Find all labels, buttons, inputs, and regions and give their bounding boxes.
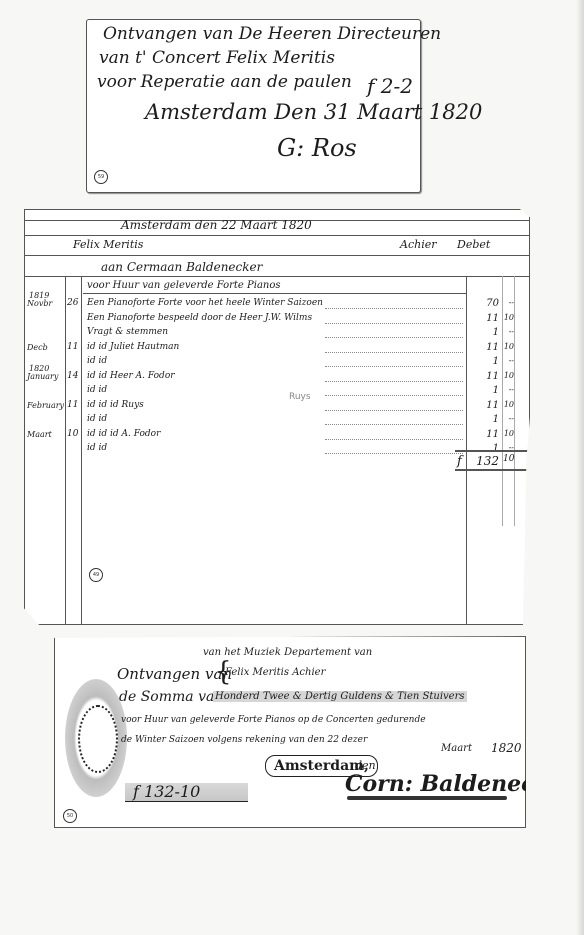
entry-month: Maart: [27, 430, 52, 439]
end-column-rule: [514, 276, 515, 526]
purpose-line: voor Huur van geleverde Forte Pianos op …: [121, 715, 426, 725]
leader-dots: [325, 323, 463, 324]
leader-dots: [325, 366, 463, 367]
leader-dots: [325, 439, 463, 440]
receipt-line: van t' Concert Felix Meritis: [99, 48, 335, 68]
entry-stuivers: 10: [503, 429, 514, 438]
account-type: Achier: [400, 238, 436, 251]
account-place-date: Amsterdam den 22 Maart 1820: [121, 218, 312, 232]
entry-stuivers: --: [503, 414, 514, 423]
page-number-stamp: 49: [89, 568, 103, 582]
leader-dots: [325, 453, 463, 454]
page-number-stamp: 59: [94, 170, 108, 184]
pencil-note: Ruys: [289, 392, 311, 402]
entry-stuivers: 10: [503, 371, 514, 380]
entry-description: id id: [87, 414, 107, 424]
receipt-month: Maart: [441, 743, 472, 754]
purpose-line: de Winter Saizoen volgens rekening van d…: [121, 735, 367, 745]
entry-stuivers: --: [503, 356, 514, 365]
entry-description: id id id A. Fodor: [87, 429, 160, 439]
day-column-rule: [81, 276, 82, 624]
entry-description: Vragt & stemmen: [87, 327, 168, 337]
receipt-line: voor Reperatie aan de paulen: [97, 72, 352, 92]
total-rule: [455, 469, 529, 471]
entry-stuivers: 10: [503, 342, 514, 351]
entry-day: 10: [67, 429, 78, 439]
leader-dots: [325, 308, 463, 309]
entry-guilders: 1: [469, 356, 499, 367]
entry-day: 11: [67, 400, 78, 410]
entry-stuivers: 10: [503, 313, 514, 322]
total-stuivers: 10: [503, 454, 514, 464]
entry-guilders: 1: [469, 327, 499, 338]
entry-stuivers: 10: [503, 400, 514, 409]
entry-description: id id Heer A. Fodor: [87, 371, 175, 381]
account-holder: Felix Meritis: [73, 238, 143, 251]
entry-stuivers: --: [503, 327, 514, 336]
receipt-ros: Ontvangen van De Heeren Directeuren van …: [86, 19, 421, 193]
rule: [25, 235, 529, 236]
leader-dots: [325, 410, 463, 411]
date-column-rule: [65, 276, 66, 624]
entry-day: 26: [67, 298, 78, 308]
scan-edge: [576, 0, 584, 935]
entry-description: id id: [87, 356, 107, 366]
receipt-baldenecker: van het Muziek Departement van Ontvangen…: [54, 636, 526, 828]
entry-description: Een Pianoforte Forte voor het heele Wint…: [87, 298, 323, 308]
leader-dots: [325, 352, 463, 353]
total-prefix: f: [457, 454, 462, 469]
rule: [83, 293, 466, 294]
receipt-place-date: Amsterdam Den 31 Maart 1820: [145, 100, 482, 124]
receipt-line: Ontvangen van De Heeren Directeuren: [103, 24, 441, 44]
entry-month: February: [27, 401, 64, 410]
creditor-line: aan Cermaan Baldenecker: [101, 260, 262, 274]
signature-flourish: [347, 796, 507, 800]
leader-dots: [325, 381, 463, 382]
received-from-2: Felix Meritis Achier: [225, 667, 325, 678]
ornament-seal-icon: [65, 679, 127, 797]
entry-month: Decb: [27, 343, 48, 352]
entry-stuivers: --: [503, 385, 514, 394]
account-ledger: Amsterdam den 22 Maart 1820 Felix Meriti…: [24, 209, 530, 625]
receipt-year: 1820: [491, 741, 522, 755]
leader-dots: [325, 424, 463, 425]
entry-description: id id: [87, 443, 107, 453]
receipt-amount: f 2-2: [367, 74, 413, 98]
entry-day: 14: [67, 371, 78, 381]
entry-month: Novbr: [27, 299, 52, 308]
receipt-signature: G: Ros: [277, 134, 357, 162]
rule: [25, 276, 529, 277]
receipt-amount: f 132-10: [125, 783, 248, 802]
sum-label: de Somma van: [119, 689, 223, 705]
leader-dots: [325, 395, 463, 396]
entry-day: 11: [67, 342, 78, 352]
entry-guilders: 1: [469, 385, 499, 396]
total-guilders: 132: [469, 454, 499, 468]
entry-description: id id Juliet Hautman: [87, 342, 179, 352]
entry-guilders: 11: [469, 400, 499, 411]
total-rule: [455, 450, 529, 452]
entry-guilders: 70: [469, 298, 499, 309]
entry-description: id id id Ruys: [87, 400, 144, 410]
debet-header: Debet: [457, 238, 490, 251]
receipt-signature: Corn: Baldenecker: [345, 771, 575, 797]
entry-guilders: 11: [469, 342, 499, 353]
entry-guilders: 1: [469, 443, 499, 454]
entry-description: Een Pianoforte bespeeld door de Heer J.W…: [87, 313, 312, 323]
section-title: voor Huur van geleverde Forte Pianos: [87, 280, 281, 291]
entry-stuivers: --: [503, 298, 514, 307]
entry-month: January: [27, 372, 58, 381]
entry-guilders: 11: [469, 313, 499, 324]
page-number-stamp: 50: [63, 809, 77, 823]
entry-description: id id: [87, 385, 107, 395]
leader-dots: [325, 337, 463, 338]
entry-guilders: 11: [469, 429, 499, 440]
sum-words: Honderd Twee & Dertig Guldens & Tien Stu…: [213, 691, 467, 702]
entry-guilders: 11: [469, 371, 499, 382]
rule: [25, 255, 529, 256]
entry-guilders: 1: [469, 414, 499, 425]
